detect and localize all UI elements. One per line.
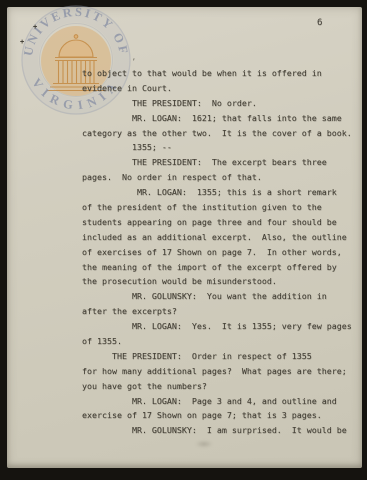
transcript-line: after the excerpts?: [82, 304, 352, 319]
transcript-line: for how many additional pages? What page…: [82, 364, 352, 379]
transcript-line: evidence in Court.: [82, 81, 352, 96]
page-number: 6: [317, 18, 322, 28]
transcript-line: exercise of 17 Shown on page 7; that is …: [82, 408, 352, 423]
scanned-page-background: UNIVERSITY OF VIRGINIA + + ' 6 to object…: [0, 0, 367, 480]
transcript-line: students appearing on page three and fou…: [82, 215, 352, 230]
transcript-line: MR. GOLUNSKY: I am surprised. It would b…: [82, 423, 352, 438]
transcript-line: you have got the numbers?: [82, 379, 352, 394]
transcript-line: 1355; --: [82, 140, 352, 155]
stray-cross-mark: +: [33, 23, 37, 31]
transcript-line: MR. LOGAN: 1355; this is a short remark: [82, 185, 352, 200]
transcript-line: to object to that would be when it is of…: [82, 66, 352, 81]
transcript-line: THE PRESIDENT: The excerpt bears three: [82, 155, 352, 170]
transcript-line: of exercises of 17 Shown on page 7. In o…: [82, 245, 352, 260]
transcript-line: of the president of the institution give…: [82, 200, 352, 215]
transcript-line: MR. LOGAN: Yes. It is 1355; very few pag…: [82, 319, 352, 334]
transcript-line: MR. LOGAN: Page 3 and 4, and outline and: [82, 394, 352, 409]
stray-cross-mark: +: [20, 38, 24, 46]
transcript-line: THE PRESIDENT: No order.: [82, 96, 352, 111]
stray-apostrophe-mark: ': [130, 57, 137, 67]
transcript-line: pages. No order in respect of that.: [82, 170, 352, 185]
document-page: UNIVERSITY OF VIRGINIA + + ' 6 to object…: [7, 7, 362, 468]
transcript-text: to object to that would be when it is of…: [82, 66, 352, 438]
transcript-line: the prosecution would be misunderstood.: [82, 274, 352, 289]
transcript-line: THE PRESIDENT: Order in respect of 1355: [82, 349, 352, 364]
paper-smudge: [195, 440, 213, 448]
transcript-line: MR. LOGAN: 1621; that falls into the sam…: [82, 111, 352, 126]
transcript-line: of 1355.: [82, 334, 352, 349]
transcript-line: included as an additional excerpt. Also,…: [82, 230, 352, 245]
transcript-line: the meaning of the import of the excerpt…: [82, 260, 352, 275]
transcript-line: category as the other two. It is the cov…: [82, 126, 352, 141]
transcript-line: MR. GOLUNSKY: You want the addition in: [82, 289, 352, 304]
